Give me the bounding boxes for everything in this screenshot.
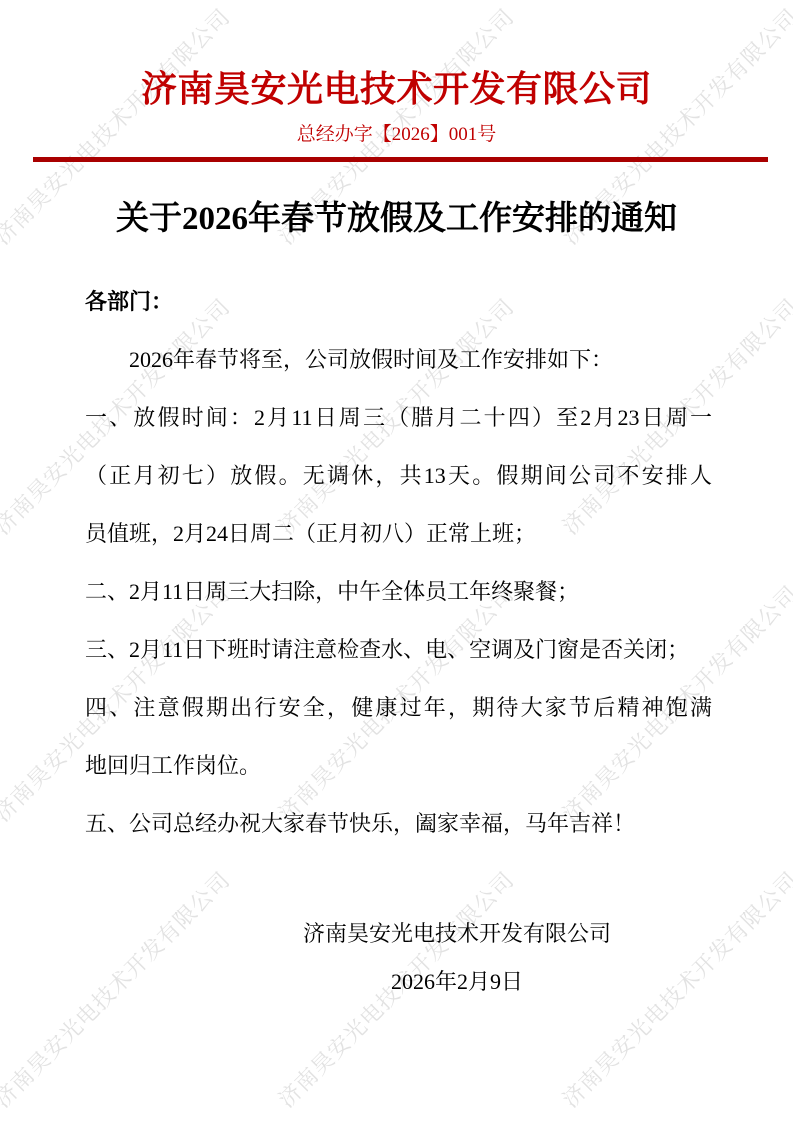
document-number: 总经办字【2026】001号 (0, 122, 793, 148)
body-line-salutation: 各部门： (85, 273, 712, 331)
letterhead-company-name: 济南昊安光电技术开发有限公司 (0, 66, 793, 112)
letterhead-divider-rule (33, 157, 768, 162)
body-line-intro: 2026年春节将至，公司放假时间及工作安排如下： (85, 331, 712, 389)
body-line-item1-b: （正月初七）放假。无调休，共13天。假期间公司不安排人 (85, 447, 712, 505)
body-line-item1-a: 一、放假时间：2月11日周三（腊月二十四）至2月23日周一 (85, 389, 712, 447)
document-body: 各部门： 2026年春节将至，公司放假时间及工作安排如下： 一、放假时间：2月1… (85, 273, 712, 853)
body-line-item5: 五、公司总经办祝大家春节快乐，阖家幸福，马年吉祥！ (85, 795, 712, 853)
body-line-item4-b: 地回归工作岗位。 (85, 737, 712, 795)
body-line-item3: 三、2月11日下班时请注意检查水、电、空调及门窗是否关闭； (85, 621, 712, 679)
document-title: 关于2026年春节放假及工作安排的通知 (0, 196, 793, 242)
body-line-item1-c: 员值班，2月24日周二（正月初八）正常上班； (85, 505, 712, 563)
closing-block: 济南昊安光电技术开发有限公司 2026年2月9日 (0, 917, 793, 999)
document-page: 济南昊安光电技术开发有限公司 济南昊安光电技术开发有限公司 济南昊安光电技术开发… (0, 0, 793, 1122)
closing-company-name: 济南昊安光电技术开发有限公司 (0, 917, 793, 951)
closing-date: 2026年2月9日 (0, 965, 793, 999)
body-line-item4-a: 四、注意假期出行安全，健康过年，期待大家节后精神饱满 (85, 679, 712, 737)
body-line-item2: 二、2月11日周三大扫除，中午全体员工年终聚餐； (85, 563, 712, 621)
